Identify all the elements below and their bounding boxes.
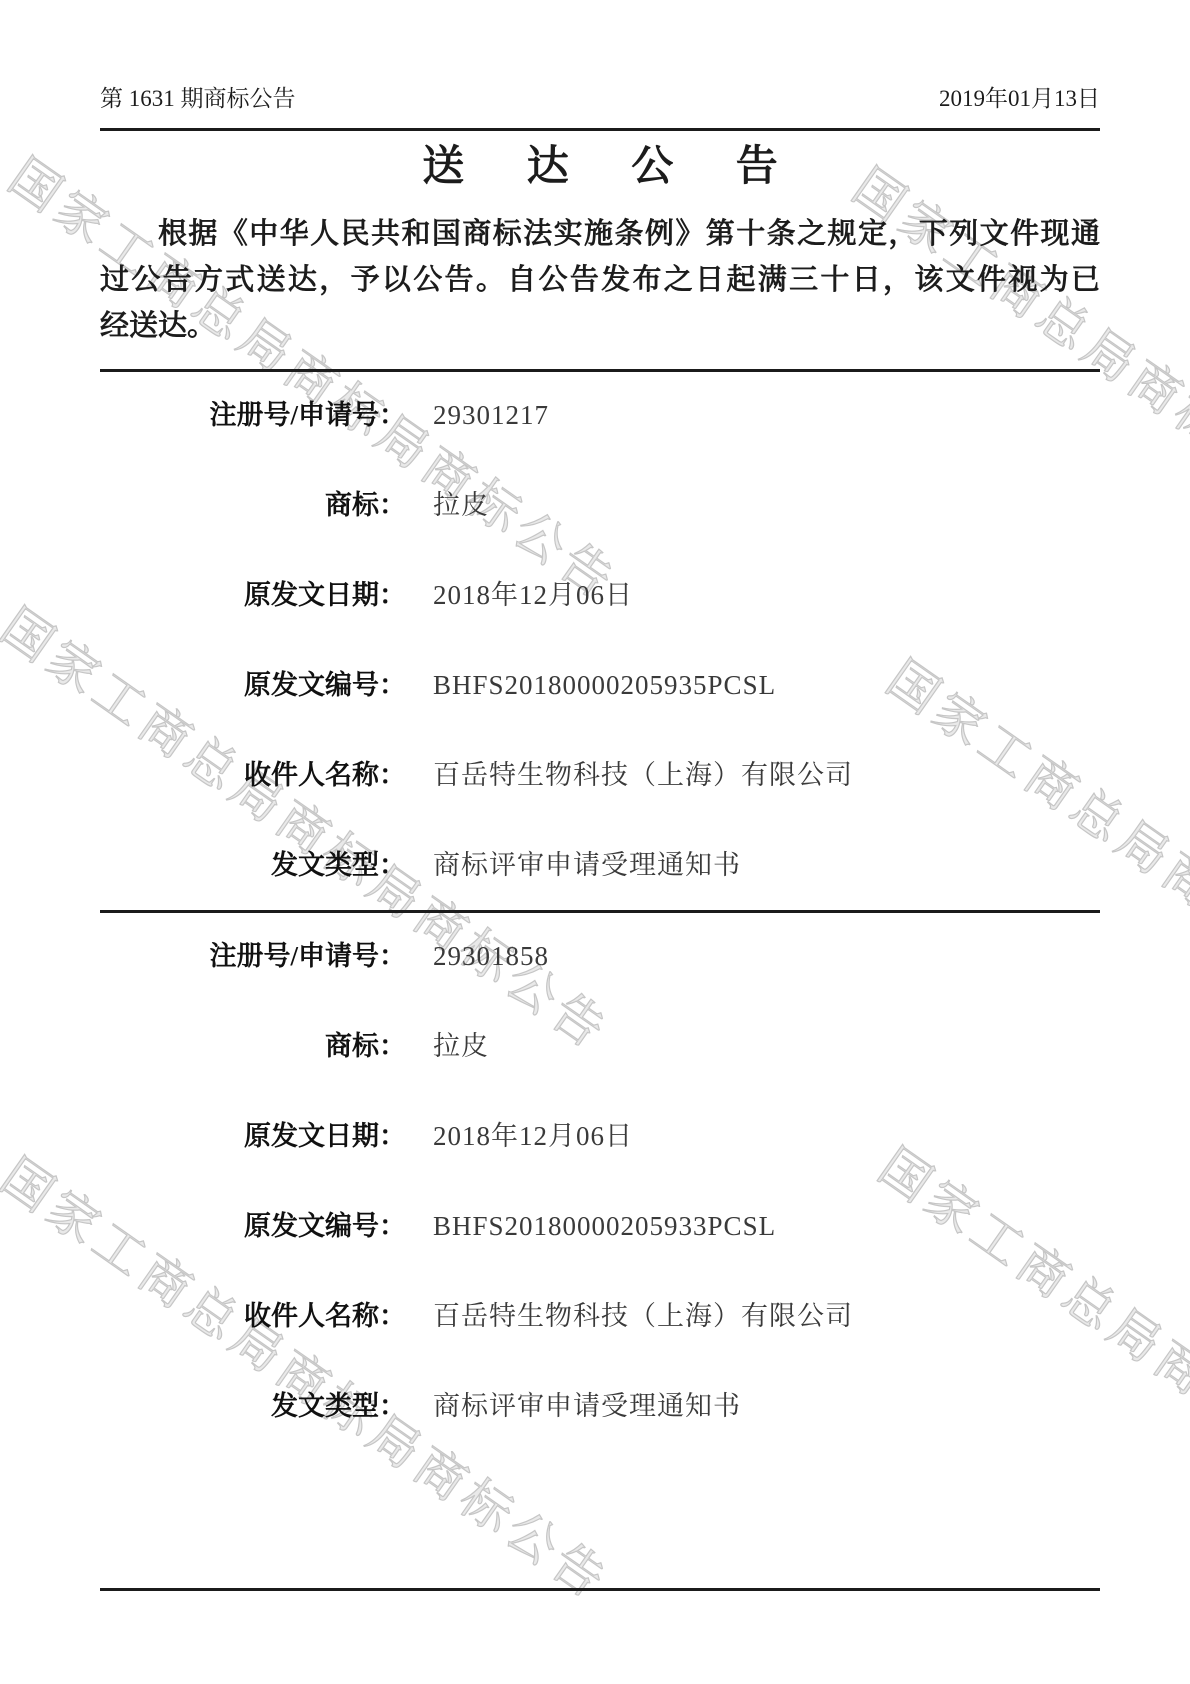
document-type: 商标评审申请受理通知书 [433,1389,741,1423]
field-label: 原发文日期： [100,578,406,612]
original-document-number: BHFS20180000205935PCSL [433,668,776,702]
intro-line: 根据《中华人民共和国商标法实施条例》第十条之规定，下列文件现通 [100,211,1100,257]
field-row: 原发文日期： 2018年12月06日 [100,1119,1100,1153]
trademark-name: 拉皮 [433,488,489,522]
recipient-name: 百岳特生物科技（上海）有限公司 [433,1299,853,1333]
field-label: 收件人名称： [100,758,406,792]
original-document-number: BHFS20180000205933PCSL [433,1209,776,1243]
field-label: 注册号/申请号： [100,398,406,432]
notice-record: 注册号/申请号： 29301858 商标： 拉皮 原发文日期： 2018年12月… [100,913,1100,1423]
page-header: 第 1631 期商标公告 2019年01月13日 [100,84,1100,114]
document-type: 商标评审申请受理通知书 [433,848,741,882]
intro-line: 经送达。 [100,303,1100,349]
recipient-name: 百岳特生物科技（上海）有限公司 [433,758,853,792]
field-label: 原发文编号： [100,1209,406,1243]
intro-paragraph: 根据《中华人民共和国商标法实施条例》第十条之规定，下列文件现通 过公告方式送达，… [100,211,1100,349]
field-label: 收件人名称： [100,1299,406,1333]
page-content: 第 1631 期商标公告 2019年01月13日 送 达 公 告 根据《中华人民… [0,0,1190,1423]
field-row: 收件人名称： 百岳特生物科技（上海）有限公司 [100,758,1100,792]
field-label: 发文类型： [100,848,406,882]
field-row: 发文类型： 商标评审申请受理通知书 [100,848,1100,882]
field-label: 注册号/申请号： [100,939,406,973]
gazette-issue-number: 第 1631 期商标公告 [100,84,296,114]
field-row: 注册号/申请号： 29301858 [100,939,1100,973]
field-row: 商标： 拉皮 [100,488,1100,522]
header-rule [100,128,1100,131]
intro-line: 过公告方式送达，予以公告。自公告发布之日起满三十日，该文件视为已 [100,257,1100,303]
trademark-name: 拉皮 [433,1029,489,1063]
field-label: 原发文编号： [100,668,406,702]
original-issue-date: 2018年12月06日 [433,578,633,612]
page-title: 送 达 公 告 [100,141,1100,193]
original-issue-date: 2018年12月06日 [433,1119,633,1153]
field-row: 原发文编号： BHFS20180000205935PCSL [100,668,1100,702]
gazette-date: 2019年01月13日 [939,84,1100,114]
registration-number: 29301858 [433,939,549,973]
field-label: 发文类型： [100,1389,406,1423]
field-label: 商标： [100,1029,406,1063]
field-label: 原发文日期： [100,1119,406,1153]
registration-number: 29301217 [433,398,549,432]
field-row: 收件人名称： 百岳特生物科技（上海）有限公司 [100,1299,1100,1333]
field-row: 原发文编号： BHFS20180000205933PCSL [100,1209,1100,1243]
notice-record: 注册号/申请号： 29301217 商标： 拉皮 原发文日期： 2018年12月… [100,372,1100,882]
field-row: 注册号/申请号： 29301217 [100,398,1100,432]
bottom-rule [100,1588,1100,1591]
gazette-page: 国家工商总局商标局商标公告 国家工商总局商标局商标公告 国家工商总局商标局商标公… [0,0,1190,1684]
field-row: 发文类型： 商标评审申请受理通知书 [100,1389,1100,1423]
field-row: 商标： 拉皮 [100,1029,1100,1063]
field-row: 原发文日期： 2018年12月06日 [100,578,1100,612]
field-label: 商标： [100,488,406,522]
